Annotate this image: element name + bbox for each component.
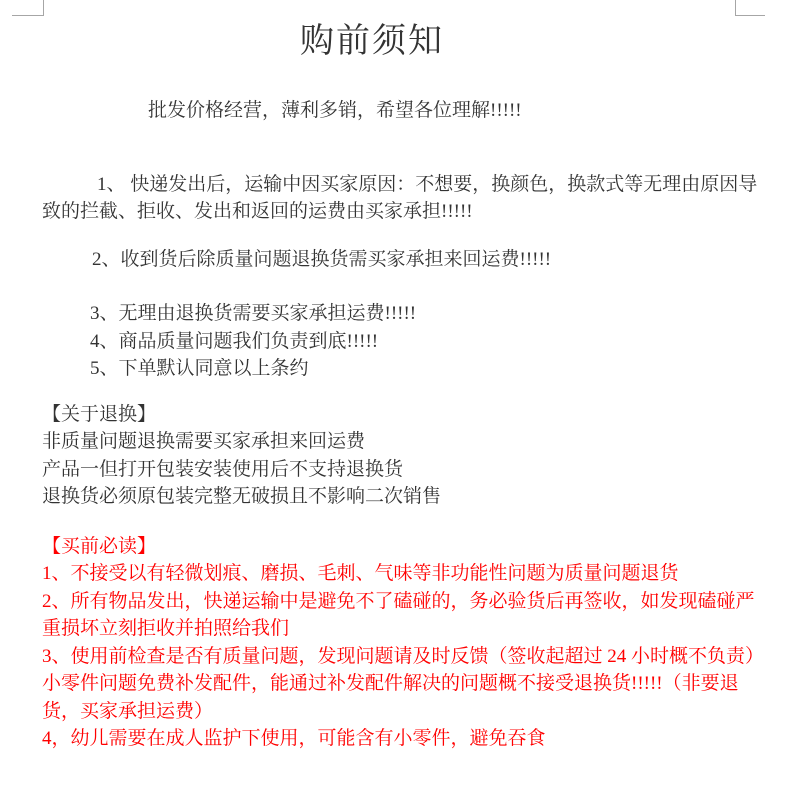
term-item-2: 2、收到货后除质量问题退换货需买家承担来回运费!!!!! — [42, 246, 766, 274]
page-margin-mark-top-left — [12, 0, 44, 16]
must-read-section: 【买前必读】 1、不接受以有轻微划痕、磨损、毛刺、气味等非功能性问题为质量问题退… — [42, 533, 766, 753]
returns-line: 产品一但打开包装安装使用后不支持退换货 — [42, 456, 766, 484]
intro-line: 批发价格经营，薄利多销，希望各位理解!!!!! — [42, 97, 766, 125]
term-item-3: 3、无理由退换货需要买家承担运费!!!!! — [42, 300, 766, 328]
must-read-item: 1、不接受以有轻微划痕、磨损、毛刺、气味等非功能性问题为质量问题退货 — [42, 560, 766, 588]
must-read-item: 3、使用前检查是否有质量问题，发现问题请及时反馈（签收起超过 24 小时概不负责… — [42, 643, 766, 726]
term-item-1: 1、 快递发出后，运输中因买家原因：不想要，换颜色，换款式等无理由原因导致的拦截… — [42, 171, 766, 226]
returns-section-heading: 【关于退换】 — [42, 401, 766, 429]
must-read-heading: 【买前必读】 — [42, 533, 766, 561]
document-page: 购前须知 批发价格经营，薄利多销，希望各位理解!!!!! 1、 快递发出后，运输… — [0, 0, 807, 788]
returns-section: 【关于退换】 非质量问题退换需要买家承担来回运费 产品一但打开包装安装使用后不支… — [42, 401, 766, 511]
returns-line: 退换货必须原包装完整无破损且不影响二次销售 — [42, 483, 766, 511]
term-item-4: 4、商品质量问题我们负责到底!!!!! — [42, 328, 766, 356]
term-item-5: 5、下单默认同意以上条约 — [42, 355, 766, 383]
document-content: 购前须知 批发价格经营，薄利多销，希望各位理解!!!!! 1、 快递发出后，运输… — [42, 0, 766, 753]
page-title: 购前须知 — [42, 22, 702, 62]
must-read-item: 2、所有物品发出，快递运输中是避免不了磕碰的，务必验货后再签收，如发现磕碰严重损… — [42, 588, 766, 643]
must-read-item: 4，幼儿需要在成人监护下使用，可能含有小零件，避免吞食 — [42, 725, 766, 753]
returns-line: 非质量问题退换需要买家承担来回运费 — [42, 428, 766, 456]
